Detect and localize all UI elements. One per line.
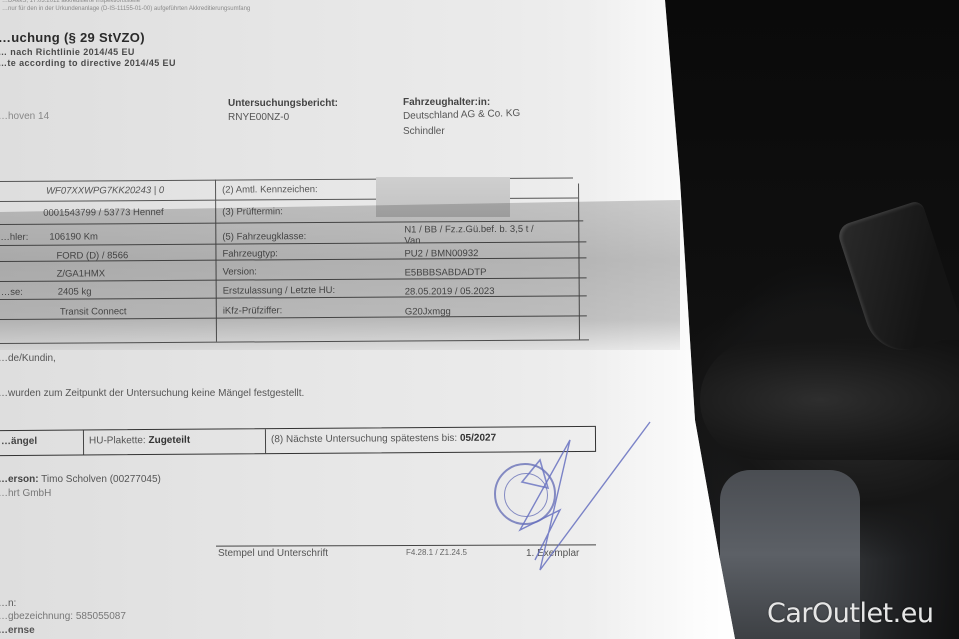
steering-wheel-rim [700,340,959,460]
footer-line-1: …n: [0,598,16,609]
caroutlet-watermark: CarOutlet.eu [767,598,933,629]
form-code: F4.28.1 / Z1.24.5 [406,548,467,557]
finding-text: …wurden zum Zeitpunkt der Untersuchung k… [0,388,304,399]
subtitle-de: … nach Richtlinie 2014/45 EU [0,47,135,57]
next-inspection-date: 05/2027 [460,433,496,444]
steering-wheel-spoke [836,200,959,361]
report-number: RNYE00NZ-0 [228,112,289,123]
fine-print-1: …DAkkS, 17.03.2012 akkreditierte Inspekt… [2,0,140,4]
stamp-signature-label: Stempel und Unterschrift [218,548,328,559]
holder-name-2: Schindler [403,126,445,137]
footer-designation: …gbezeichnung: 585055087 [0,611,126,622]
subtitle-en: …te according to directive 2014/45 EU [0,58,176,68]
inspector-label: …erson: [0,474,39,485]
fine-print-2: …nur für den in der Urkundenanlage (D-IS… [2,6,250,12]
hu-sticker-label: HU-Plakette: [89,435,149,446]
vin-value: WF07XXWPG7KK20243 | 0 [46,185,164,197]
next-inspection-cell: (8) Nächste Untersuchung spätestens bis:… [271,433,496,446]
salutation: …de/Kundin, [0,353,56,364]
next-inspection-label: (8) Nächste Untersuchung spätestens bis: [271,433,460,445]
inspector-name: Timo Scholven (00277045) [39,474,161,485]
report-label: Untersuchungsbericht: [228,98,338,109]
holder-label: Fahrzeughalter:in: [403,97,490,108]
shadow-overlay [0,200,680,350]
defects-cell: …ängel [1,436,37,447]
inspector-line: …erson: Timo Scholven (00277045) [0,474,161,485]
address-fragment: …hoven 14 [0,111,49,122]
hu-sticker-status: Zugeteilt [148,435,190,446]
footer-line-3: …ernse [0,625,35,636]
inspector-company: …hrt GmbH [0,488,51,499]
document-title: …uchung (§ 29 StVZO) [0,30,145,45]
plate-label: (2) Amtl. Kennzeichen: [222,184,318,196]
signature-scribble [500,410,670,580]
hu-sticker-cell: HU-Plakette: Zugeteilt [89,435,190,447]
